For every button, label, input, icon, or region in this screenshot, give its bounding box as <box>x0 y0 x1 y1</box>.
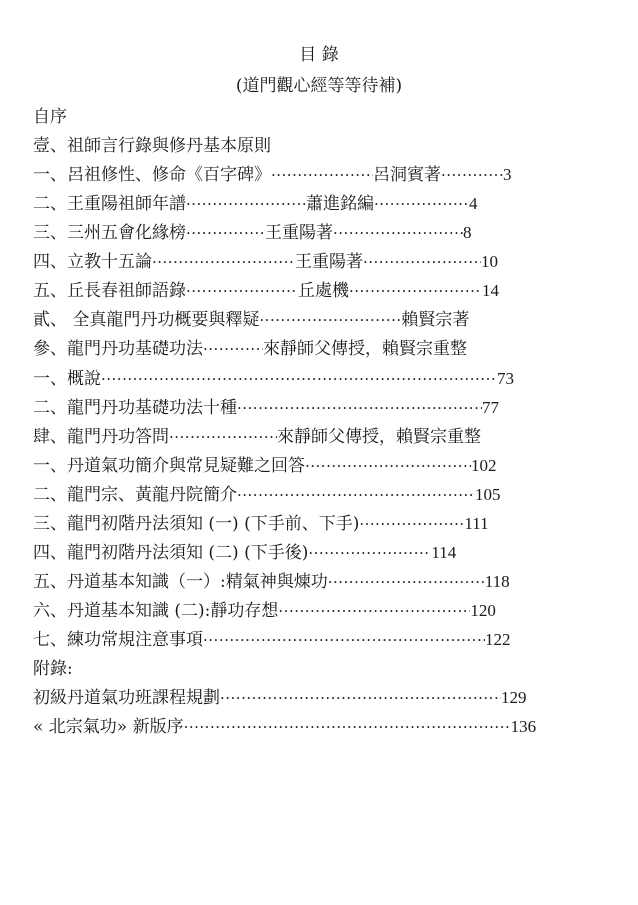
entry-title: 參、龍門丹功基礎功法 <box>33 336 203 362</box>
page-number: 122 <box>485 627 511 653</box>
page-number: 105 <box>475 482 501 508</box>
toc-entry: 初級丹道氣功班課程規劃 ····························… <box>33 685 527 711</box>
entry-author: 來靜師父傳授，賴賢宗重整 <box>263 336 467 362</box>
page-number: 14 <box>482 278 499 304</box>
entry-title: 貳、 全真龍門丹功概要與釋疑 <box>33 307 259 333</box>
page-number: 114 <box>431 540 456 566</box>
toc-entry: 七、練功常規注意事項 ·····························… <box>33 627 511 653</box>
entry-author: 呂洞賓著 <box>373 162 441 188</box>
leader-dots: ········································… <box>333 220 463 246</box>
entry-author: 賴賢宗著 <box>401 307 469 333</box>
page-number: 120 <box>470 598 496 624</box>
toc-entry: 二、王重陽祖師年譜·······························… <box>33 191 478 217</box>
leader-dots: ········································… <box>186 220 265 246</box>
toc-entry: 肆、龍門丹功答問································… <box>33 424 481 450</box>
entry-title: 六、丹道基本知識 (二):靜功存想 <box>33 598 278 624</box>
leader-dots: ········································… <box>237 482 475 508</box>
entry-title: 四、立教十五論 <box>33 249 152 275</box>
page-number: 77 <box>482 395 499 421</box>
leader-dots: ········································… <box>441 162 503 188</box>
leader-dots: ········································… <box>237 395 482 421</box>
entry-title: 肆、龍門丹功答問 <box>33 424 169 450</box>
leader-dots: ········································… <box>152 249 295 275</box>
toc-entry: 四、龍門初階丹法須知 (二) (下手後) ···················… <box>33 540 456 566</box>
entry-author: 王重陽著 <box>295 249 363 275</box>
page-number: 136 <box>511 714 537 740</box>
entry-title: 附錄: <box>33 656 73 682</box>
toc-entry: 一、呂祖修性、修命《百字碑》··························… <box>33 162 512 188</box>
leader-dots: ········································… <box>186 191 306 217</box>
toc-entry: 二、龍門宗、黃龍丹院簡介····························… <box>33 482 501 508</box>
entry-author: 王重陽著 <box>265 220 333 246</box>
leader-dots: ········································… <box>328 569 485 595</box>
entry-title: 七、練功常規注意事項 <box>33 627 203 653</box>
entry-title: 四、龍門初階丹法須知 (二) (下手後) <box>33 540 308 566</box>
entry-title: 一、概說 <box>33 366 101 392</box>
entry-title: 初級丹道氣功班課程規劃 <box>33 685 220 711</box>
page-number: 73 <box>497 366 514 392</box>
leader-dots: ········································… <box>363 249 481 275</box>
toc-entry: 壹、祖師言行錄與修丹基本原則 <box>33 133 271 159</box>
leader-dots: ········································… <box>259 307 401 333</box>
toc-entry: 五、丹道基本知識（一）:精氣神與煉功······················… <box>33 569 510 595</box>
toc-entry: 參、龍門丹功基礎功法······························… <box>33 336 467 362</box>
entry-title: 一、丹道氣功簡介與常見疑難之回答 <box>33 453 305 479</box>
leader-dots: ········································… <box>203 336 263 362</box>
leader-dots: ········································… <box>186 278 298 304</box>
toc-entry: 貳、 全真龍門丹功概要與釋疑··························… <box>33 307 469 333</box>
entry-title: 自序 <box>33 104 67 130</box>
toc-entry: 六、丹道基本知識 (二):靜功存想·······················… <box>33 598 496 624</box>
leader-dots: ········································… <box>184 714 511 740</box>
entry-author: 丘處機 <box>298 278 349 304</box>
toc-entry: 四、立教十五論·································… <box>33 249 498 275</box>
entry-author: 來靜師父傳授，賴賢宗重整 <box>277 424 481 450</box>
entry-title: 二、龍門丹功基礎功法十種 <box>33 395 237 421</box>
leader-dots: ········································… <box>101 366 497 392</box>
page-number: 102 <box>471 453 497 479</box>
page-number: 129 <box>501 685 527 711</box>
leader-dots: ········································… <box>374 191 469 217</box>
page-number: 111 <box>464 511 488 537</box>
toc-entry: 二、龍門丹功基礎功法十種····························… <box>33 395 499 421</box>
toc-entry: 三、龍門初階丹法須知 (一) (下手前、下手) ················… <box>33 511 489 537</box>
page-number: 4 <box>469 191 478 217</box>
toc-entry: 自序 <box>33 104 67 130</box>
page-number: 8 <box>463 220 472 246</box>
entry-title: 五、丘長春祖師語錄 <box>33 278 186 304</box>
toc-entry: « 北宗氣功» 新版序 ····························… <box>33 714 536 740</box>
leader-dots: ········································… <box>203 627 485 653</box>
entry-title: « 北宗氣功» 新版序 <box>33 714 184 740</box>
leader-dots: ········································… <box>359 511 464 537</box>
entry-title: 一、呂祖修性、修命《百字碑》 <box>33 162 271 188</box>
leader-dots: ········································… <box>271 162 373 188</box>
leader-dots: ········································… <box>278 598 470 624</box>
entry-title: 壹、祖師言行錄與修丹基本原則 <box>33 133 271 159</box>
page-number: 10 <box>481 249 498 275</box>
entry-title: 三、龍門初階丹法須知 (一) (下手前、下手) <box>33 511 359 537</box>
subtitle-text: (道門觀心經等等待補) <box>236 73 402 99</box>
leader-dots: ········································… <box>305 453 471 479</box>
toc-entry: 一、丹道氣功簡介與常見疑難之回答························… <box>33 453 497 479</box>
entry-title: 五、丹道基本知識（一）:精氣神與煉功 <box>33 569 328 595</box>
page-number: 118 <box>485 569 510 595</box>
leader-dots: ········································… <box>169 424 277 450</box>
toc-entry: 附錄: <box>33 656 73 682</box>
leader-dots: ········································… <box>220 685 501 711</box>
title-text: 目 錄 <box>299 42 338 68</box>
leader-dots: ········································… <box>349 278 482 304</box>
entry-author: 蕭進銘編 <box>306 191 374 217</box>
toc-entry: 三、三州五會化緣榜·······························… <box>33 220 472 246</box>
entry-title: 二、龍門宗、黃龍丹院簡介 <box>33 482 237 508</box>
toc-entry: 五、丘長春祖師語錄·······························… <box>33 278 499 304</box>
leader-dots: ········································… <box>308 540 431 566</box>
entry-title: 二、王重陽祖師年譜 <box>33 191 186 217</box>
entry-title: 三、三州五會化緣榜 <box>33 220 186 246</box>
toc-entry: 一、概說····································… <box>33 366 514 392</box>
page-number: 3 <box>503 162 512 188</box>
toc-title: 目 錄 <box>0 42 638 68</box>
toc-subtitle: (道門觀心經等等待補) <box>0 73 638 99</box>
